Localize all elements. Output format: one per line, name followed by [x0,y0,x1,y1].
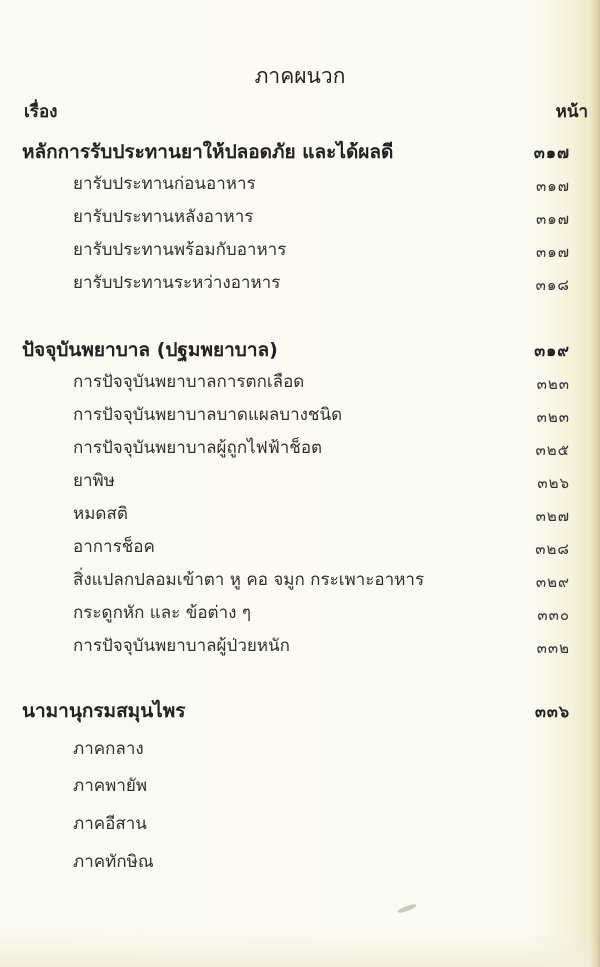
toc-item-title: ยาพิษ [73,467,115,494]
toc-page-number: ๓๓๐ [537,603,570,627]
toc-section-title: นามานุกรมสมุนไพร [22,696,185,726]
toc-item-title: ภาคอีสาน [73,810,147,837]
toc-item[interactable]: สิ่งแปลกปลอมเข้าตา หู คอ จมูก กระเพาะอาห… [0,566,600,596]
book-page: ภาคผนวก เรื่อง หน้า หลักการรับประทานยาให… [0,0,600,967]
toc-page-number: ๓๒๓ [537,405,570,429]
toc-item[interactable]: การปัจจุบันพยาบาลผู้ถูกไฟฟ้าช็อต ๓๒๕ [0,434,600,464]
toc-page-number: ๓๒๖ [537,471,570,495]
toc-item-title: ยารับประทานก่อนอาหาร [73,170,256,197]
toc-item[interactable]: อาการช็อค ๓๒๘ [0,533,600,563]
toc-item-title: ยารับประทานพร้อมกับอาหาร [73,236,286,263]
toc-item[interactable]: การปัจจุบันพยาบาลผู้ป่วยหนัก ๓๓๒ [0,632,600,662]
toc-item[interactable]: ยารับประทานหลังอาหาร ๓๑๗ [0,203,600,233]
toc-item-title: อาการช็อค [73,533,155,560]
toc-page-number: ๓๒๘ [535,537,570,561]
toc-item[interactable]: การปัจจุบันพยาบาลบาดแผลบางชนิด ๓๒๓ [0,401,600,431]
toc-page-number: ๓๑๗ [534,141,570,166]
toc-item[interactable]: ภาคทักษิณ [0,848,600,878]
toc-item[interactable]: การปัจจุบันพยาบาลการตกเลือด ๓๒๓ [0,368,600,398]
paper-smudge [397,903,418,915]
toc-item[interactable]: ยารับประทานระหว่างอาหาร ๓๑๘ [0,269,600,299]
toc-item[interactable]: ยาพิษ ๓๒๖ [0,467,600,497]
toc-page-number: ๓๑๗ [536,174,570,198]
toc-item-title: ภาคทักษิณ [73,848,154,875]
toc-page-number: ๓๓๖ [535,700,570,725]
toc-item[interactable]: ภาคพายัพ [0,772,600,802]
toc-item-title: การปัจจุบันพยาบาลผู้ถูกไฟฟ้าช็อต [73,434,322,461]
toc-item-title: การปัจจุบันพยาบาลผู้ป่วยหนัก [73,632,290,659]
toc-item[interactable]: ภาคอีสาน [0,810,600,840]
toc-item-title: ยารับประทานหลังอาหาร [73,203,253,230]
page-bottom-shading [0,932,600,967]
toc-item-title: ภาคพายัพ [73,772,147,799]
toc-page-number: ๓๑๙ [534,339,570,364]
toc-item[interactable]: ยารับประทานก่อนอาหาร ๓๑๗ [0,170,600,200]
column-header-page: หน้า [556,98,588,125]
column-header-topic: เรื่อง [24,98,57,125]
toc-item-title: สิ่งแปลกปลอมเข้าตา หู คอ จมูก กระเพาะอาห… [73,566,424,593]
toc-item[interactable]: หมดสติ ๓๒๗ [0,500,600,530]
toc-item-title: กระดูกหัก และ ข้อต่าง ๆ [73,599,251,626]
toc-item[interactable]: ยารับประทานพร้อมกับอาหาร ๓๑๗ [0,236,600,266]
toc-page-number: ๓๓๒ [537,636,570,660]
toc-item-title: การปัจจุบันพยาบาลการตกเลือด [73,368,304,395]
toc-item[interactable]: ภาคกลาง [0,735,600,765]
toc-section-herb-glossary[interactable]: นามานุกรมสมุนไพร ๓๓๖ [0,696,600,726]
toc-page-number: ๓๑๗ [536,207,570,231]
toc-page-number: ๓๑๘ [536,273,570,297]
toc-item-title: หมดสติ [73,500,128,527]
page-title: ภาคผนวก [0,60,600,93]
toc-page-number: ๓๒๗ [536,504,570,528]
toc-page-number: ๓๒๙ [536,570,570,594]
toc-section-first-aid[interactable]: ปัจจุบันพยาบาล (ปฐมพยาบาล) ๓๑๙ [0,335,600,365]
toc-item-title: ยารับประทานระหว่างอาหาร [73,269,280,296]
toc-section-title: หลักการรับประทานยาให้ปลอดภัย และได้ผลดี [22,137,393,167]
toc-item-title: การปัจจุบันพยาบาลบาดแผลบางชนิด [73,401,342,428]
toc-page-number: ๓๒๓ [537,372,570,396]
toc-section-title: ปัจจุบันพยาบาล (ปฐมพยาบาล) [22,335,278,365]
toc-page-number: ๓๑๗ [536,240,570,264]
toc-section-safe-medication[interactable]: หลักการรับประทานยาให้ปลอดภัย และได้ผลดี … [0,137,600,167]
page-edge-shadow [590,0,600,967]
toc-page-number: ๓๒๕ [536,438,571,462]
toc-item-title: ภาคกลาง [73,735,144,762]
toc-item[interactable]: กระดูกหัก และ ข้อต่าง ๆ ๓๓๐ [0,599,600,629]
